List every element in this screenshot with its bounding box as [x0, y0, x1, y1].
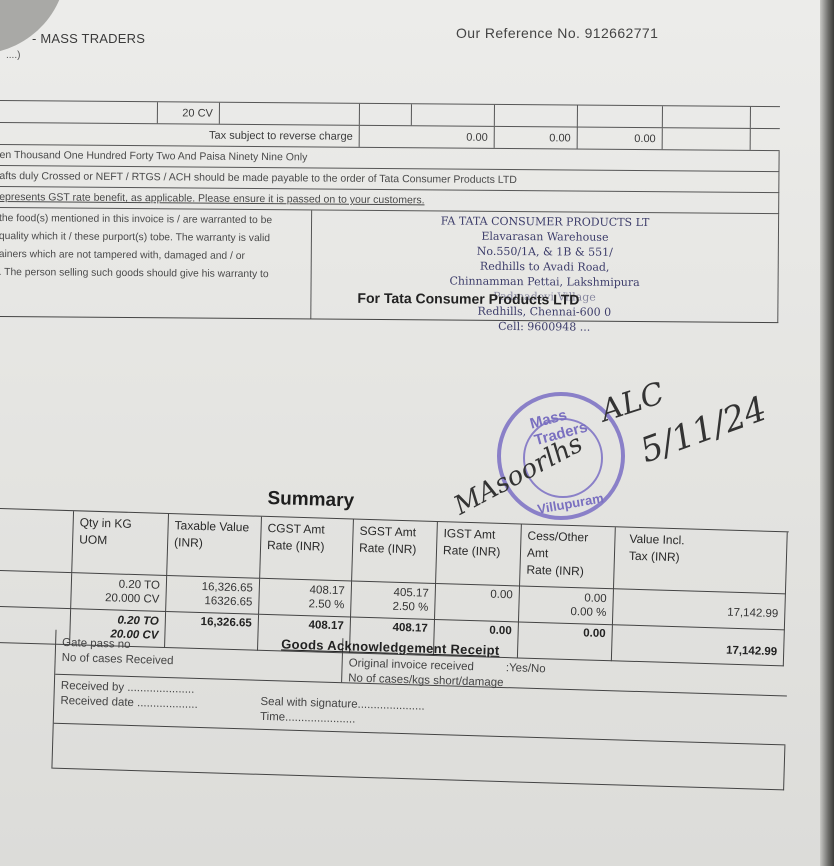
- summary-section: Summary Qty in KG UOM Taxable Value (INR…: [0, 478, 820, 502]
- warehouse-stamp: FA TATA CONSUMER PRODUCTS LT Elavarasan …: [311, 210, 778, 322]
- page-edge-shadow: [820, 0, 834, 866]
- summary-title: Summary: [267, 488, 354, 513]
- for-company-label: For Tata Consumer Products LTD: [357, 291, 579, 308]
- invoice-page: - MASS TRADERS ....) Our Reference No. 9…: [0, 0, 820, 866]
- qty-cell: 20 CV: [158, 102, 220, 123]
- warranty-section: the food(s) mentioned in this invoice is…: [0, 208, 779, 323]
- reference-number: Our Reference No. 912662771: [456, 25, 658, 41]
- seller-name: - MASS TRADERS: [32, 31, 145, 46]
- invoice-totals-table: 20 CV Tax subject to reverse charge 0.00…: [0, 100, 780, 323]
- warranty-text: the food(s) mentioned in this invoice is…: [0, 208, 312, 318]
- handwritten-initials: ALC: [596, 376, 668, 429]
- goods-acknowledgement: Goods Acknowledgement Receipt Gate pass …: [51, 630, 788, 791]
- reverse-charge-label: Tax subject to reverse charge: [0, 123, 360, 147]
- seller-subtext: ....): [6, 50, 20, 61]
